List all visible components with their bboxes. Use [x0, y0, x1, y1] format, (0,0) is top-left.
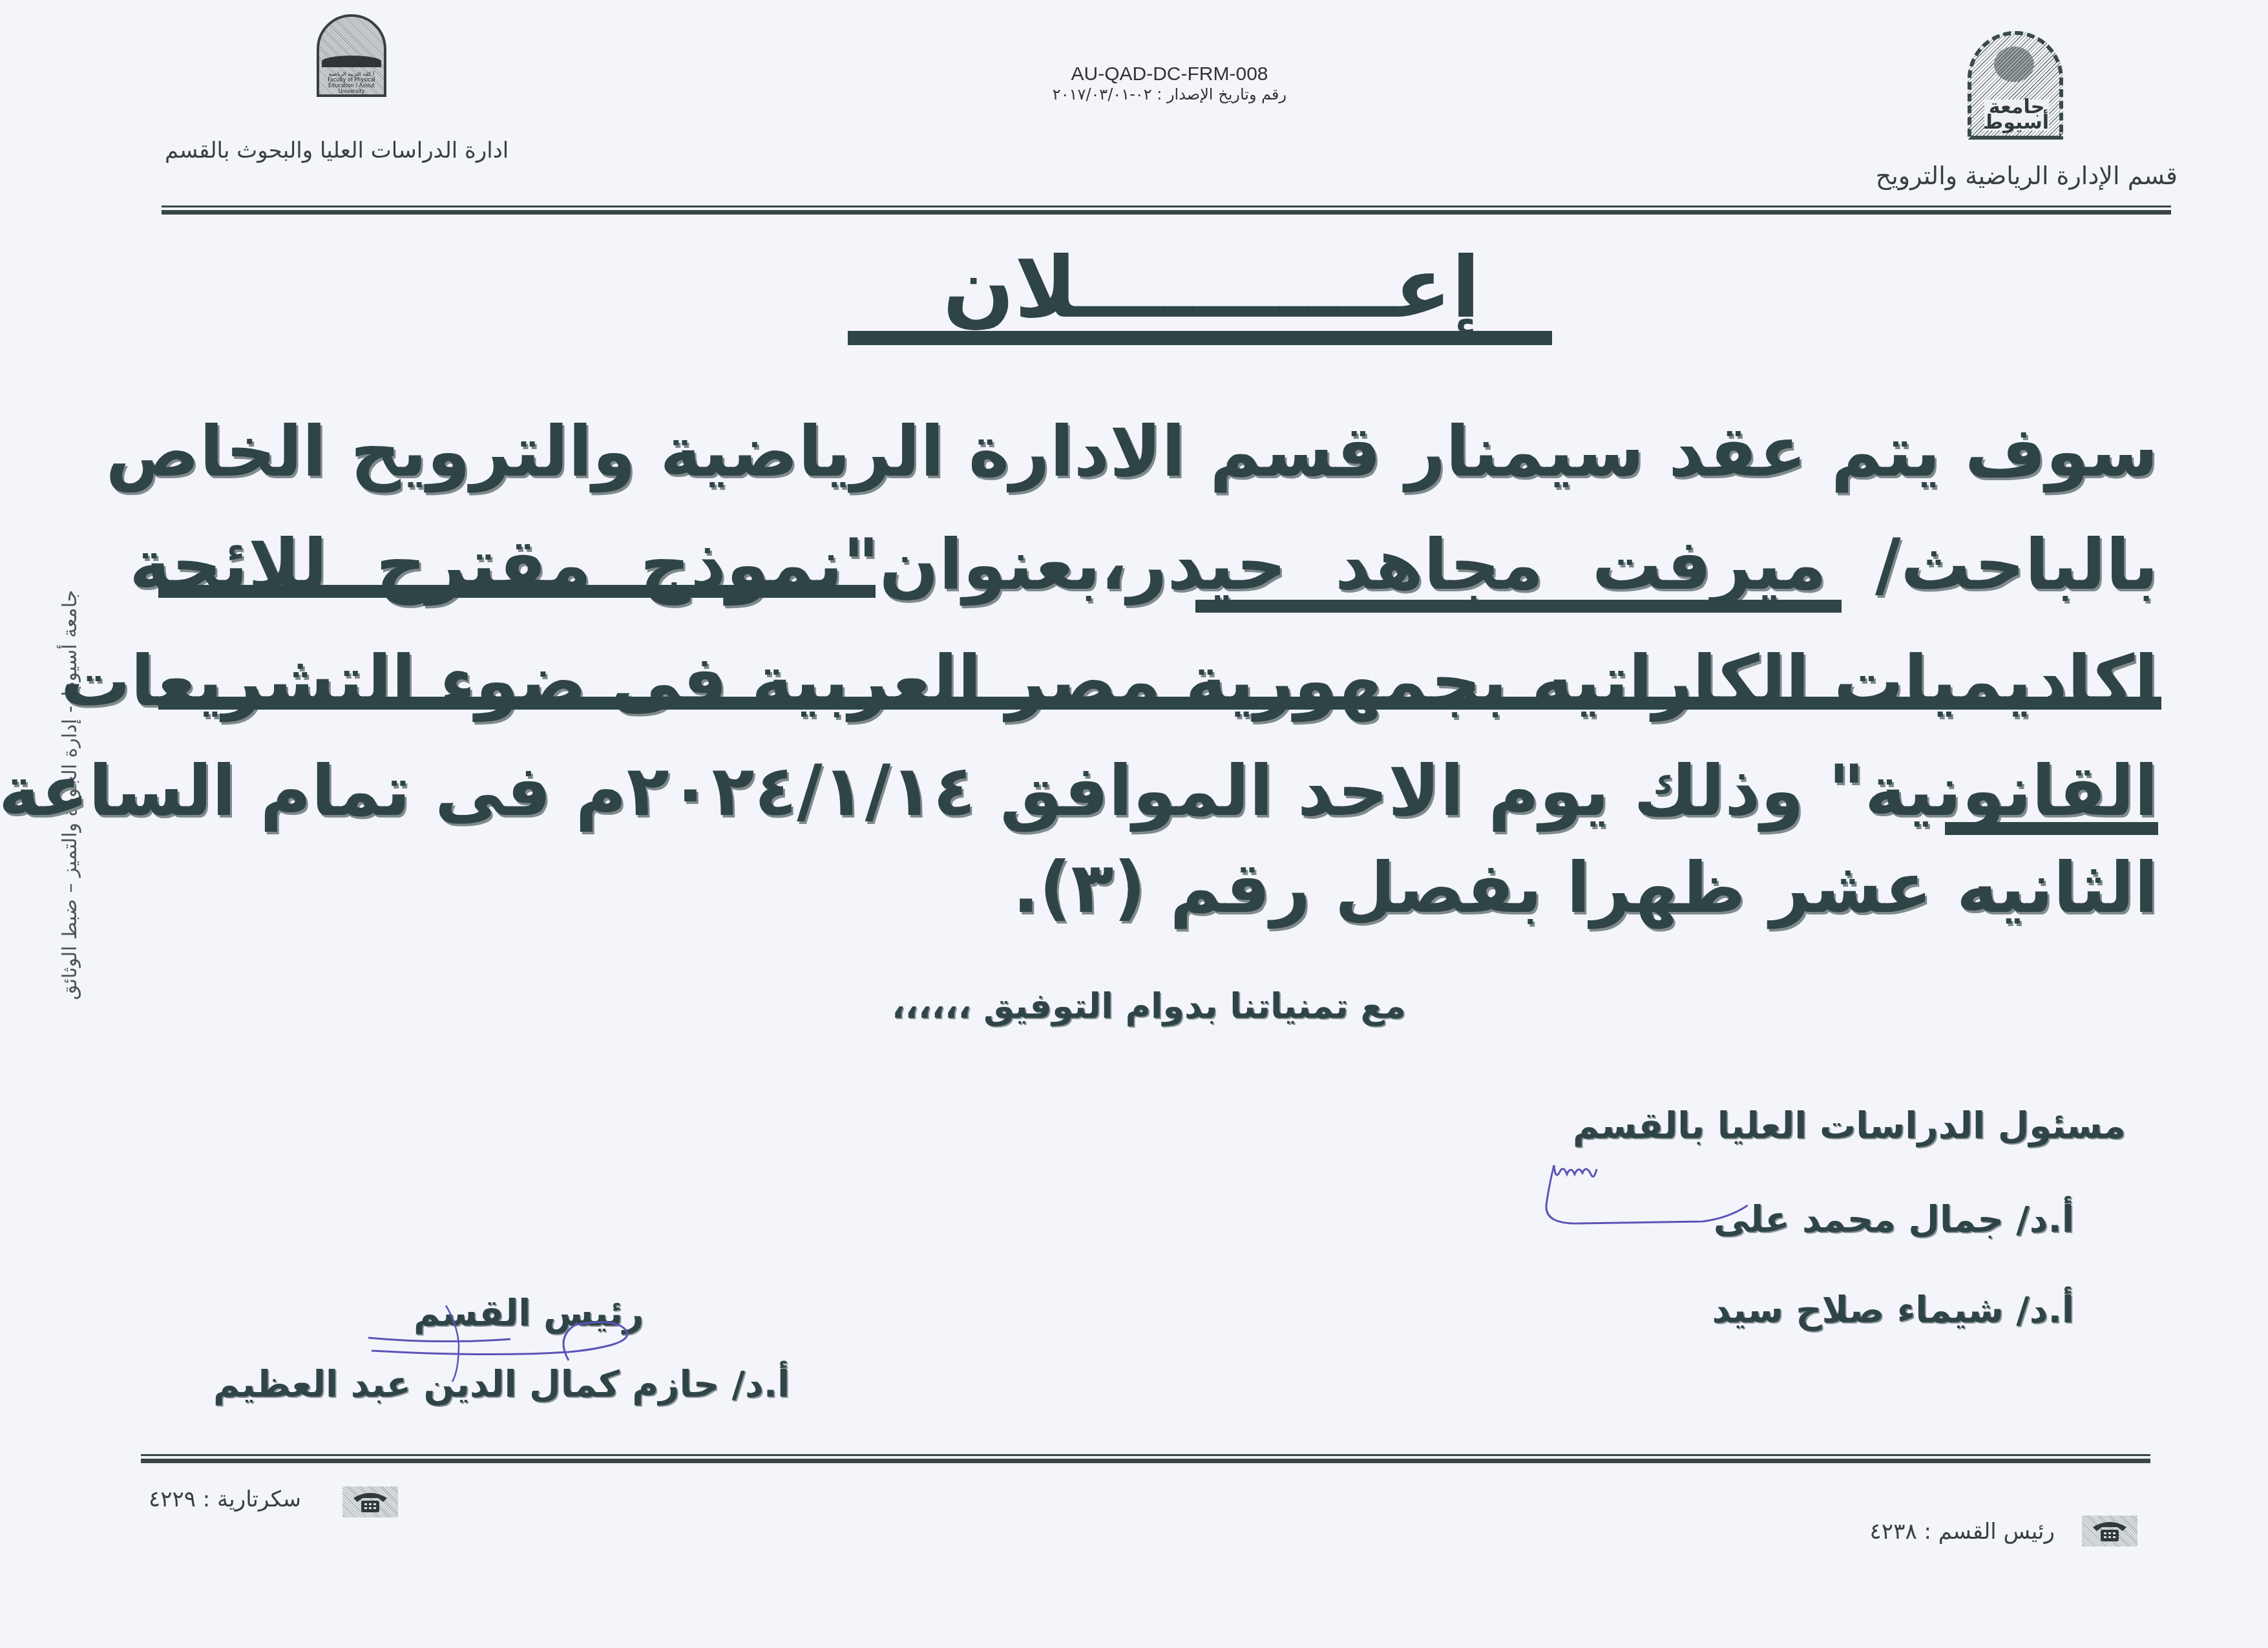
telephone-icon: [342, 1486, 398, 1517]
telephone-icon: [2082, 1516, 2137, 1547]
body-line-3: اكاديميات الكاراتيه بجمهورية مصر العربية…: [129, 633, 2158, 730]
closing-greeting: مع تمنياتنا بدوام التوفيق ،،،،،،: [892, 986, 1406, 1026]
footer-divider: [141, 1454, 2150, 1463]
document-code: AU-QAD-DC-FRM-008: [1053, 63, 1286, 85]
body-line-1: سوف يتم عقد سيمنار قسم الادارة الرياضية …: [129, 404, 2158, 501]
graduate-studies-name-2: أ.د/ شيماء صلاح سيد: [1712, 1289, 2074, 1331]
issue-number-date: رقم وتاريخ الإصدار : ٠٢-٢٠١٧/٠٣/٠١: [1014, 85, 1325, 103]
sun-emblem-icon: [1994, 47, 2034, 82]
body-line-4: القانونية" وذلك يوم الاحد الموافق ٢٠٢٤/١…: [129, 743, 2158, 840]
graduate-studies-role: مسئول الدراسات العليا بالقسم: [1573, 1105, 2126, 1147]
secretary-phone: سكرتارية : ٤٢٢٩: [149, 1486, 301, 1512]
title-part1-underline: [158, 585, 876, 598]
handwritten-signature-1: [1541, 1160, 1748, 1238]
body-line-5: الثانيه عشر ظهرا بفصل رقم (٣).: [1124, 840, 2158, 937]
handwritten-signature-2: [362, 1299, 646, 1383]
title-part3-underline: [1945, 822, 2158, 835]
logo-left-caption: كلية التربية الرياضية / Faculty of Physi…: [323, 71, 380, 94]
title-part2-underline: [158, 697, 2161, 710]
logo-right-text: جامعة أسيوط: [1984, 100, 2049, 131]
title-underline: [848, 331, 1552, 345]
header-divider: [162, 206, 2171, 215]
announcement-title: إعـــــــــــلان: [853, 239, 1570, 336]
figures-emblem-icon: [322, 56, 381, 67]
department-head-phone: رئيس القسم : ٤٢٣٨: [1870, 1519, 2055, 1545]
department-name: قسم الإدارة الرياضية والترويح: [1876, 162, 2178, 190]
body-line-2: بالباحث/ ميرفت مجاهد حيدر،بعنوان"نموذج م…: [129, 517, 2158, 614]
faculty-logo: كلية التربية الرياضية / Faculty of Physi…: [317, 14, 386, 97]
researcher-name-underline: [1195, 600, 1842, 613]
postgraduate-office-name: ادارة الدراسات العليا والبحوث بالقسم: [165, 138, 509, 164]
graduate-studies-name-1: أ.د/ جمال محمد على: [1714, 1199, 2074, 1241]
assiut-university-logo: جامعة أسيوط: [1968, 31, 2063, 140]
